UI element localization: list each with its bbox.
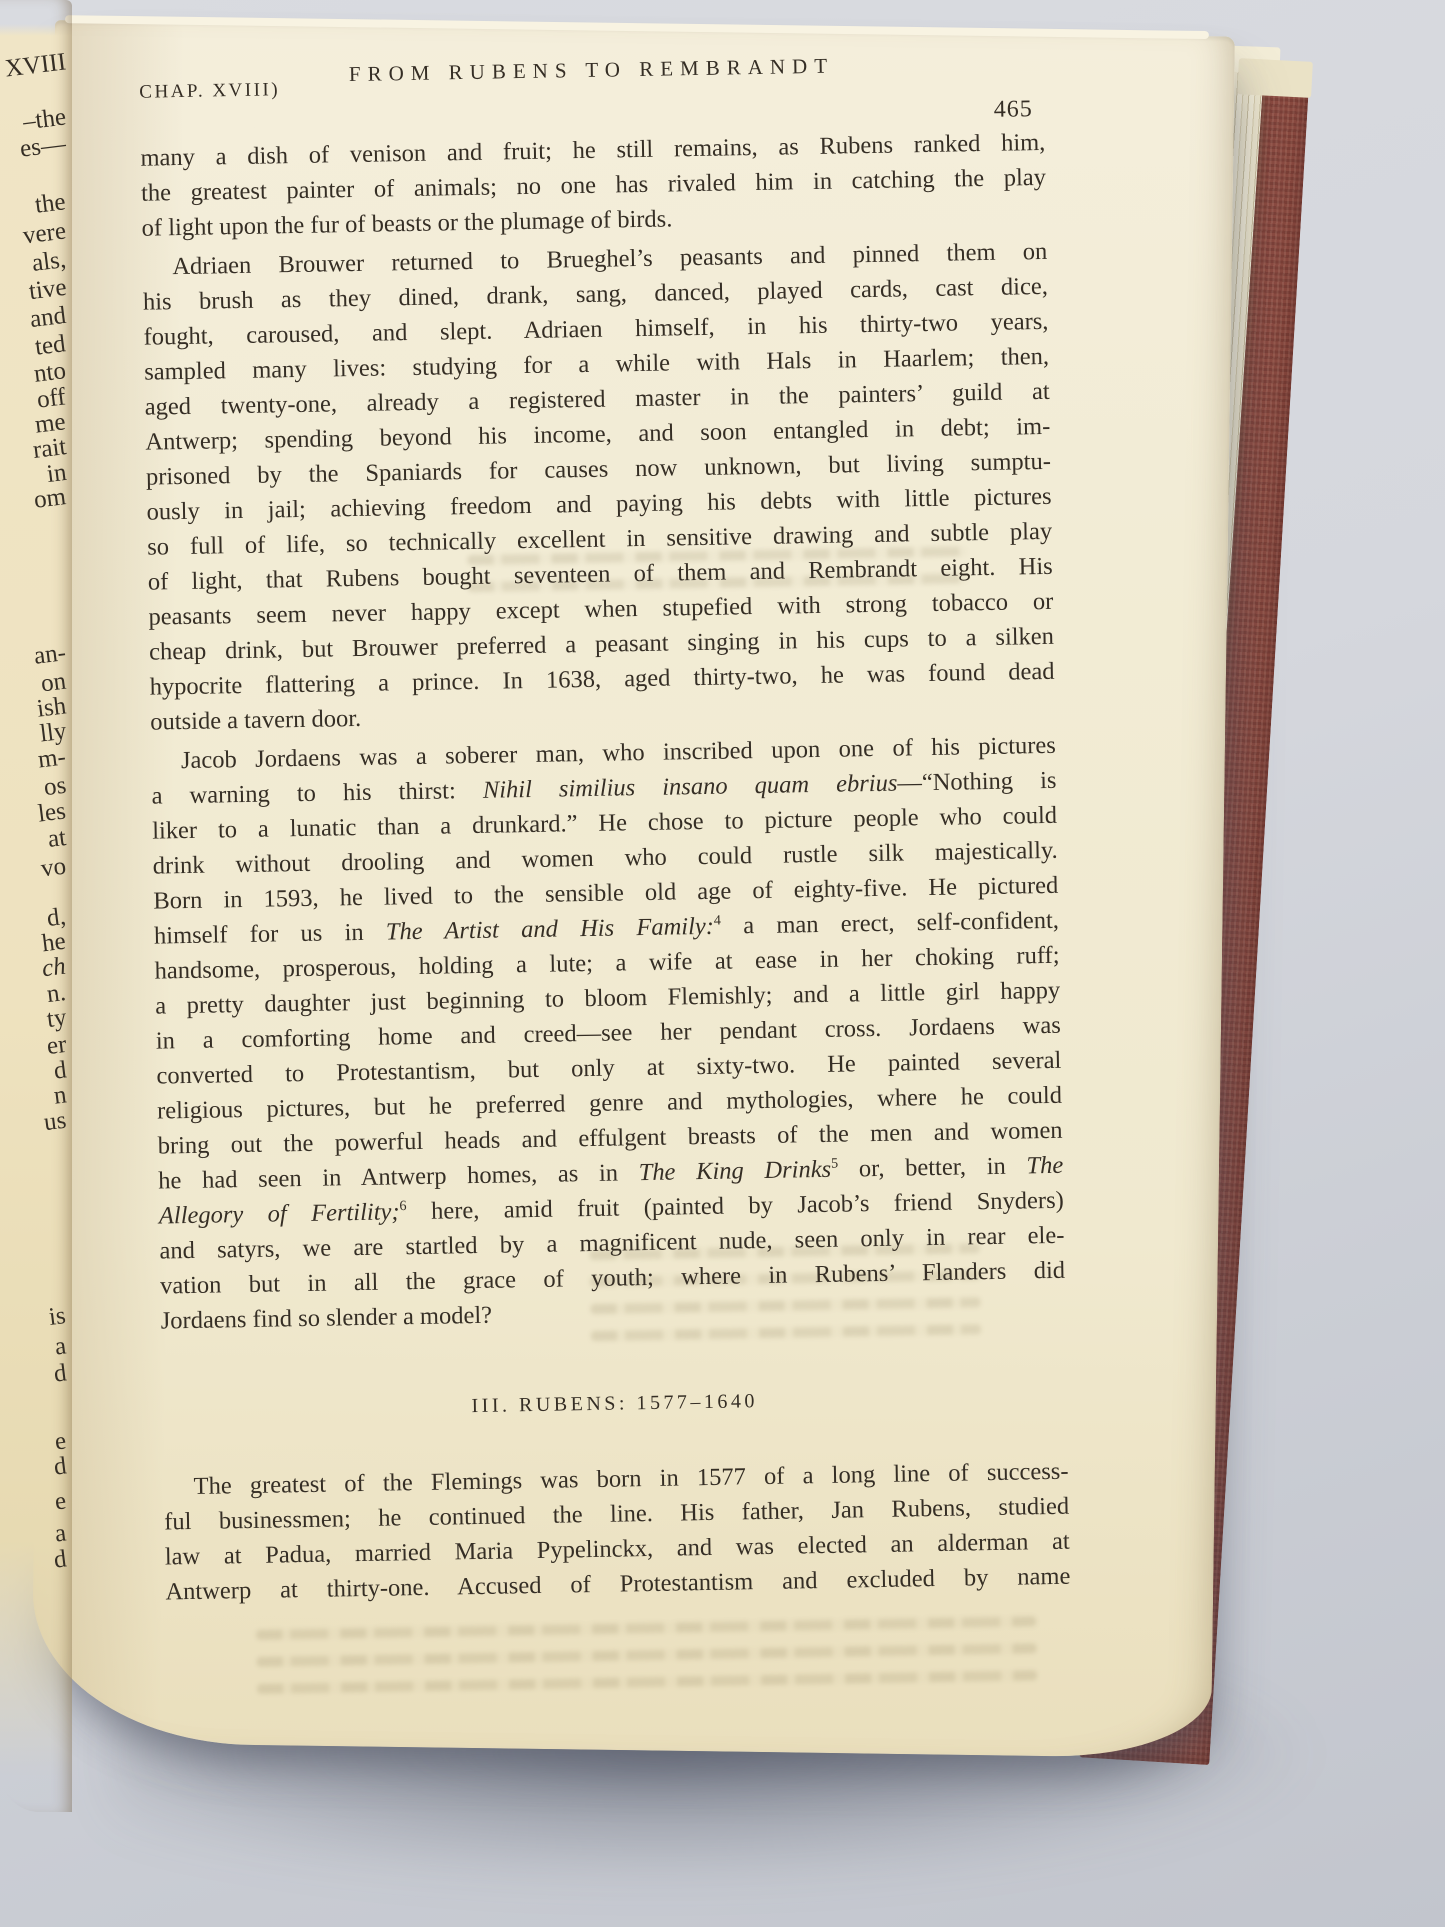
left-page-text-fragment: es—: [19, 130, 68, 163]
running-title: FROM RUBENS TO REMBRANDT: [139, 50, 1044, 91]
left-page-text-fragment: an-: [32, 639, 67, 671]
body-paragraph: many a dish of venison and fruit; he sti…: [140, 125, 1047, 246]
photo-background: CHAP. XVIII) FROM RUBENS TO REMBRANDT 46…: [0, 0, 1445, 1927]
left-page-text-fragment: vo: [39, 853, 67, 884]
left-page-text-fragment: om: [32, 483, 67, 515]
left-page-text-fragment: a: [53, 1519, 67, 1548]
book-page: CHAP. XVIII) FROM RUBENS TO REMBRANDT 46…: [31, 20, 1235, 1758]
ghost-showthrough: [256, 1616, 1037, 1711]
left-page-text-fragment: d: [52, 1545, 68, 1574]
body-paragraph: Jacob Jordaens was a soberer man, who in…: [151, 728, 1066, 1339]
text-column: many a dish of venison and fruit; he sti…: [140, 125, 1070, 1610]
page-number: 465: [994, 96, 1033, 124]
left-page-text-fragment: the: [34, 188, 68, 220]
left-page-text-fragment: m-: [37, 743, 68, 774]
left-page-text-fragment: us: [42, 1107, 67, 1138]
section-heading: III. RUBENS: 1577–1640: [162, 1379, 1067, 1430]
left-page-text-fragment: XVIII: [3, 48, 67, 83]
body-paragraph: The greatest of the Flemings was born in…: [163, 1454, 1070, 1610]
left-page-text-fragment: d: [52, 1452, 68, 1481]
page-surface: CHAP. XVIII) FROM RUBENS TO REMBRANDT 46…: [28, 17, 1238, 1759]
left-page-text-fragment: at: [46, 824, 67, 854]
left-page-text-fragment: and: [28, 302, 67, 334]
body-paragraph: Adriaen Brouwer returned to Brueghel’s p…: [142, 234, 1055, 740]
page-corner-step: [1237, 58, 1313, 98]
left-page-text-fragment: a: [53, 1332, 67, 1361]
left-page-text-fragment: d: [52, 1359, 68, 1388]
left-page-edge: XVIII–thees—thevereals,tiveandtedntooffm…: [0, 0, 72, 1812]
left-page-text-fragment: e: [53, 1487, 67, 1516]
left-page-text-fragment: is: [48, 1302, 68, 1332]
left-page-text-fragment: ty: [45, 1004, 68, 1034]
